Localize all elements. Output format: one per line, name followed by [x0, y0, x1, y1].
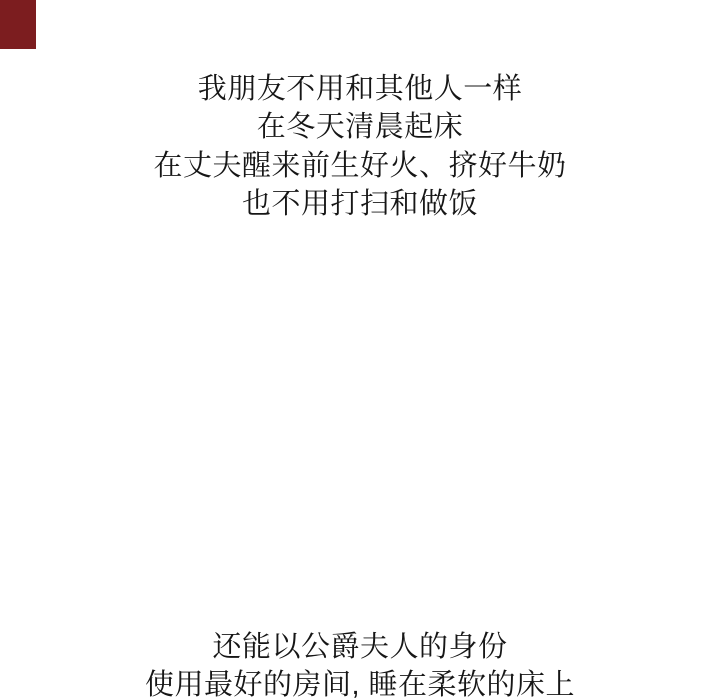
narration-block-bottom: 还能以公爵夫人的身份 使用最好的房间, 睡在柔软的床上: [0, 628, 720, 700]
narration-line: 在丈夫醒来前生好火、挤好牛奶: [0, 147, 720, 185]
narration-line: 还能以公爵夫人的身份: [0, 628, 720, 666]
narration-block-top: 我朋友不用和其他人一样 在冬天清晨起床 在丈夫醒来前生好火、挤好牛奶 也不用打扫…: [0, 70, 720, 223]
previous-panel-corner-block: [0, 0, 36, 49]
narration-line: 在冬天清晨起床: [0, 108, 720, 146]
comic-page: 我朋友不用和其他人一样 在冬天清晨起床 在丈夫醒来前生好火、挤好牛奶 也不用打扫…: [0, 0, 720, 700]
narration-line: 也不用打扫和做饭: [0, 185, 720, 223]
narration-line: 我朋友不用和其他人一样: [0, 70, 720, 108]
narration-line: 使用最好的房间, 睡在柔软的床上: [0, 666, 720, 700]
